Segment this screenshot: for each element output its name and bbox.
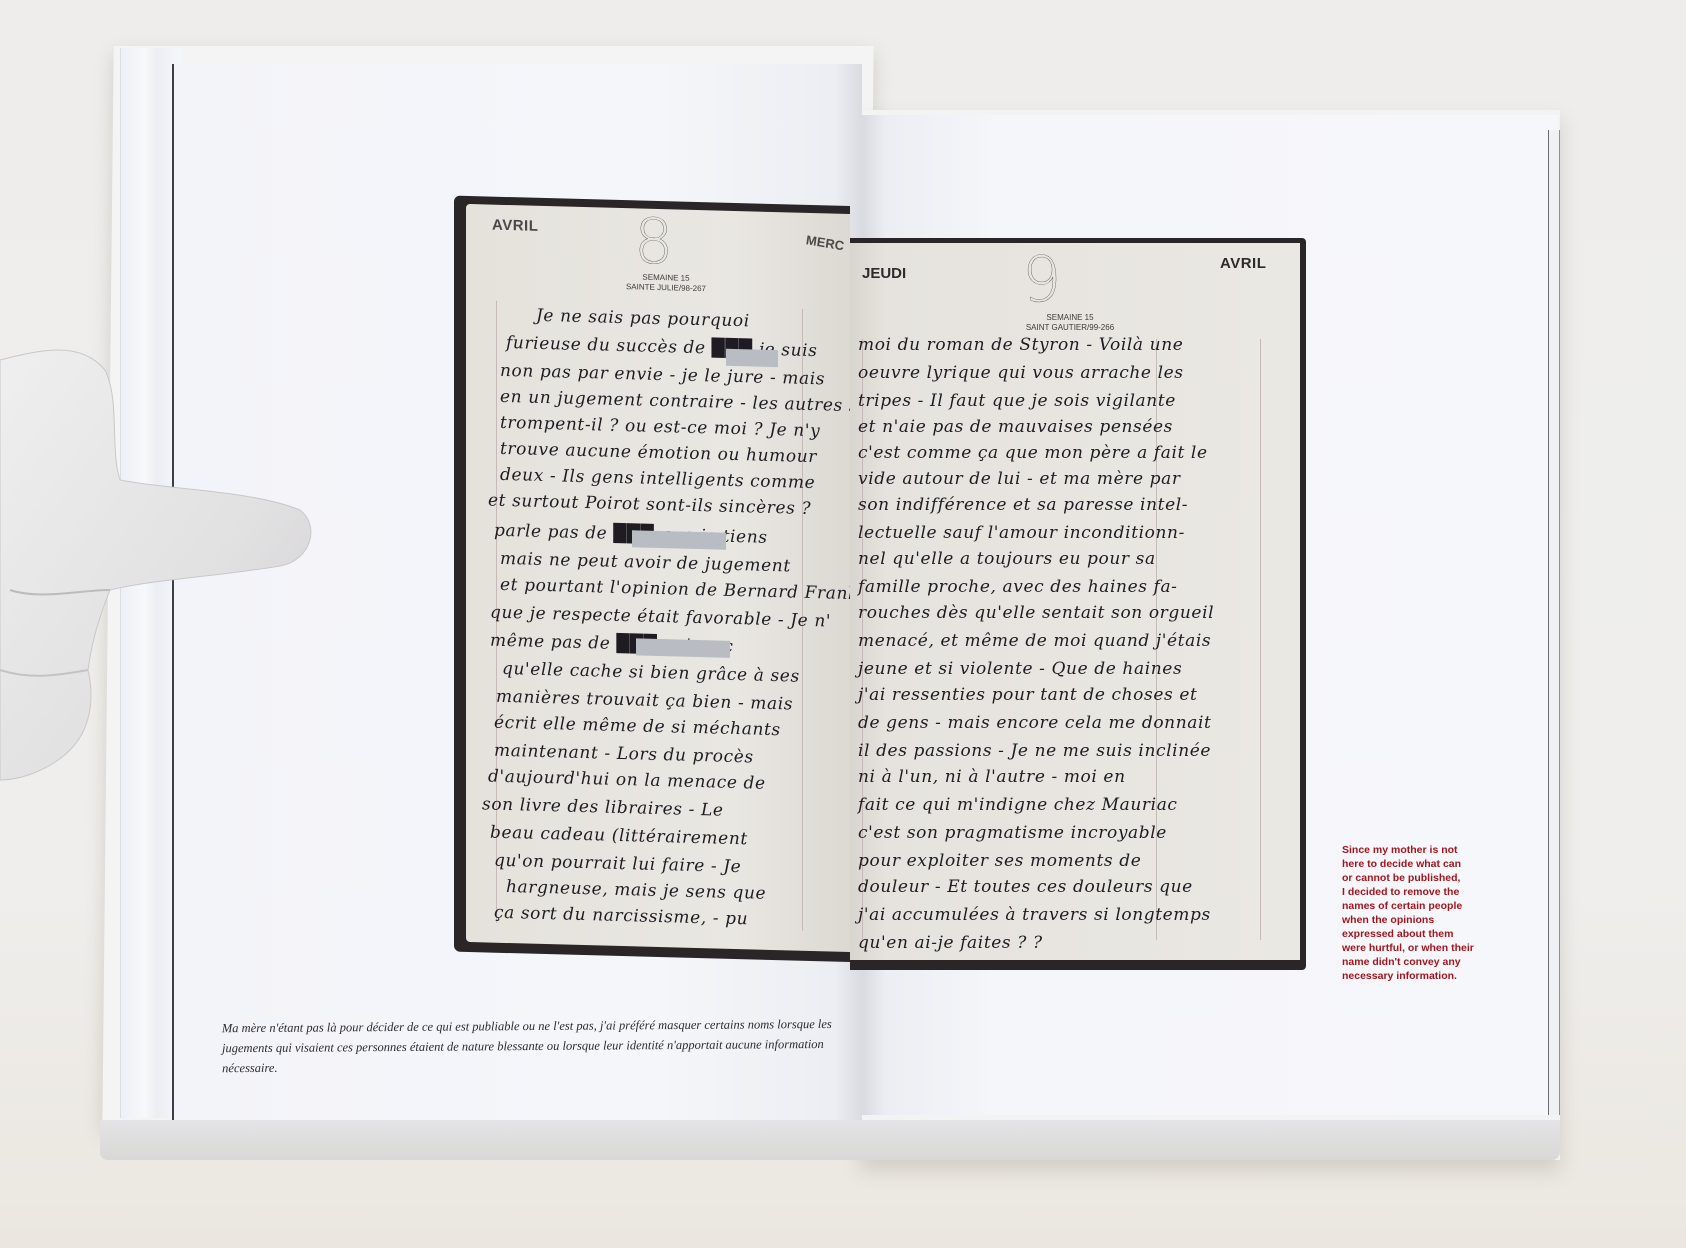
handwritten-line: jeune et si violente - Que de haines [858,659,1182,679]
handwritten-line: lectuelle sauf l'amour inconditionn- [858,523,1185,543]
handwritten-line: trouve aucune émotion ou humour [500,439,817,467]
handwritten-line: qu'on pourrait lui faire - Je [494,851,741,877]
handwritten-line: et pourtant l'opinion de Bernard Frank [500,575,859,604]
diary-right-paper: JEUDI 9 AVRIL SEMAINE 15 SAINT GAUTIER/9… [850,243,1300,960]
handwritten-line: en un jugement contraire - les autres se [500,387,869,417]
handwritten-line: il des passions - Je ne me suis inclinée [858,741,1211,761]
caption-english: Since my mother is not here to decide wh… [1342,843,1512,983]
handwritten-line: qu'elle cache si bien grâce à ses [502,659,800,687]
redaction-bar [636,638,730,657]
day-number: 9 [1022,249,1061,311]
handwritten-line: écrit elle même de si méchants [494,713,781,741]
handwritten-line: douleur - Et toutes ces douleurs que [858,877,1193,897]
week-label: SEMAINE 15 [1000,313,1140,323]
diary-reproduction: AVRIL 8 MERC SEMAINE 15 SAINTE JULIE/98-… [454,206,1304,962]
handwritten-line: ni à l'un, ni à l'autre - moi en [858,767,1126,787]
handwritten-line: son livre des libraires - Le [482,794,724,820]
handwritten-line: maintenant - Lors du procès [494,741,754,768]
handwritten-line: trompent-il ? ou est-ce moi ? Je n'y [500,413,820,441]
handwritten-line: ça sort du narcissisme, - pu [494,903,748,930]
handwritten-line: c'est son pragmatisme incroyable [858,823,1167,843]
handwritten-line: et surtout Poirot sont-ils sincères ? [488,491,811,519]
handwritten-line: famille proche, avec des haines fa- [858,577,1178,597]
handwritten-line: menacé, et même de moi quand j'étais [858,631,1211,651]
handwritten-line: pour exploiter ses moments de [858,851,1141,871]
month-label: AVRIL [492,217,538,235]
day-name: JEUDI [862,265,906,282]
handwritten-line: j'ai accumulées à travers si longtemps [858,905,1211,925]
handwritten-line: mais ne peut avoir de jugement [500,549,791,577]
handwritten-line: rouches dès qu'elle sentait son orgueil [858,603,1214,623]
redaction-bar [632,530,726,549]
redaction-bar [726,349,778,367]
handwritten-line: qu'en ai-je faites ? ? [858,933,1043,953]
handwritten-line: son indifférence et sa paresse intel- [858,495,1188,515]
handwritten-line: vide autour de lui - et ma mère par [858,469,1181,489]
day-meta: SEMAINE 15 SAINT GAUTIER/99-266 [1000,313,1140,332]
caption-french: Ma mère n'étant pas là pour décider de c… [222,1014,852,1078]
day-number: 8 [634,210,673,273]
handwritten-line: manières trouvait ça bien - mais [496,687,793,715]
spine-bottom-edge [100,1120,1560,1160]
handwritten-line: Je ne sais pas pourquoi [536,306,750,332]
handwritten-line: nel qu'elle a toujours eu pour sa [858,549,1156,569]
handwritten-line: j'ai ressenties pour tant de choses et [858,685,1197,705]
month-label: AVRIL [1220,255,1266,272]
handwritten-line: tripes - Il faut que je sois vigilante [858,391,1176,411]
handwritten-line: fait ce qui m'indigne chez Mauriac [858,795,1178,815]
diary-right-page: JEUDI 9 AVRIL SEMAINE 15 SAINT GAUTIER/9… [850,238,1306,970]
handwritten-line: que je respecte était favorable - Je n' [490,603,831,632]
handwritten-line: deux - Ils gens intelligents comme [500,465,815,493]
page-stack-right [1548,130,1560,1115]
handwritten-line: beau cadeau (littérairement [490,823,748,850]
handwritten-line: moi du roman de Styron - Voilà une [858,335,1183,355]
handwritten-line: hargneuse, mais je sens que [506,877,766,904]
handwritten-line: et n'aie pas de mauvaises pensées [858,417,1173,437]
handwritten-line: c'est comme ça que mon père a fait le [858,443,1208,463]
diary-left-paper: AVRIL 8 MERC SEMAINE 15 SAINTE JULIE/98-… [466,204,850,952]
diary-left-page: AVRIL 8 MERC SEMAINE 15 SAINTE JULIE/98-… [454,196,850,962]
handwritten-line: parle pas de ███ que je tiens [494,521,768,548]
day-meta: SEMAINE 15 SAINTE JULIE/98-267 [596,271,736,294]
saint-label: SAINT GAUTIER/99-266 [1000,323,1140,333]
gloved-hand [0,340,320,810]
day-name-partial: MERC [805,232,845,253]
handwritten-line: oeuvre lyrique qui vous arrache les [858,363,1184,383]
handwritten-line: d'aujourd'hui on la menace de [488,767,766,794]
handwritten-line: de gens - mais encore cela me donnait [858,713,1211,733]
